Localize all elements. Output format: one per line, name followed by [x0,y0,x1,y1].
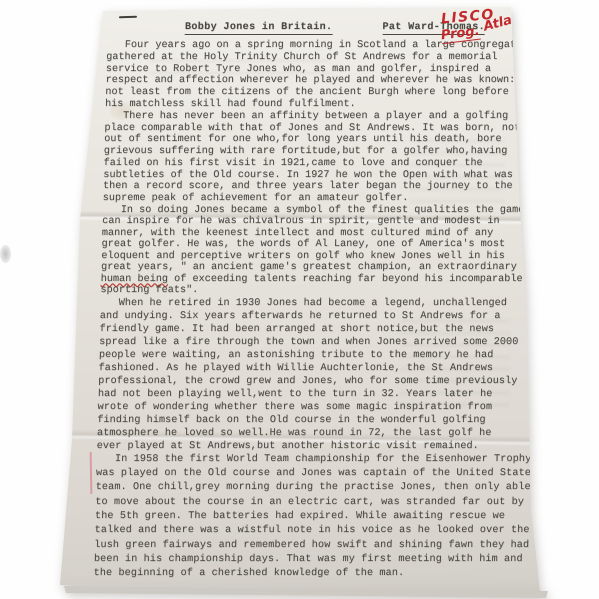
paragraphs-container: Four years ago on a spring morning in Sc… [93,40,550,581]
text-line: great golfer. He was, the words of Al La… [101,239,545,251]
pen-dash-mark [119,16,137,19]
text-line: friendly game. It had been arranged at s… [99,323,543,336]
text-line: human being of exceeding talents reachin… [101,274,545,286]
text-line: wrote of wondering whether there was som… [97,401,541,414]
text-line: gathered at the Holy Trinity Church of S… [106,52,550,64]
text-line: finding himself back on the Old course i… [97,414,541,427]
text-line: was played on the Old course and Jones w… [96,467,540,481]
paragraph: In so doing Jones became a symbol of the… [100,205,546,297]
red-wavy-underline: human being [101,274,169,285]
text-line: had not been playing well,went to the tu… [98,388,542,401]
text-line: grievous suffering with rare fortitude,b… [104,146,548,158]
text-line: service to Robert Tyre Jones who, as man… [106,64,550,76]
typewritten-text: Bobby Jones in Britain.Pat Ward-Thomas. … [93,22,551,581]
text-line: In 1958 the first World Team championshi… [96,453,540,467]
text-line: supreme peak of achievement for an amate… [103,193,547,205]
text-line: manner, with the keenest intellect and m… [102,228,546,240]
paragraph: There has never been an affinity between… [103,111,549,205]
text-line: eloquent and perceptive writers on golf … [101,251,545,263]
text-line: the beginning of a cherished knowledge o… [93,567,537,581]
text-line: not least from the citizens of the ancie… [105,87,549,99]
text-line: talked and there was a wistful note in h… [94,524,538,538]
text-line: and undying. Six years afterwards he ret… [100,310,544,323]
text-line: respect and affection wherever he played… [105,75,549,87]
text-line: failed on his first visit in 1921,came t… [103,158,547,170]
text-line: great years, " an ancient game's greates… [101,262,545,274]
text-line: subtleties of the Old course. In 1927 he… [103,170,547,182]
text-line: professional, the crowd grew and Jones, … [98,375,542,388]
text-line: been in his championship days. That was … [94,553,538,567]
paragraph: Four years ago on a spring morning in Sc… [105,40,551,111]
paragraph: When he retired in 1930 Jones had become… [96,297,544,453]
text-line: Four years ago on a spring morning in Sc… [106,40,550,52]
photo-background: Bobby Jones in Britain.Pat Ward-Thomas. … [0,0,599,599]
text-line: fashioned. As he played with Willie Auch… [98,362,542,375]
text-line: team. One chill,grey morning during the … [95,481,539,495]
manuscript-page: Bobby Jones in Britain.Pat Ward-Thomas. … [0,0,599,599]
text-line: can inspire for he was chivalrous in spi… [102,216,546,228]
text-line: people were waiting, an astonishing trib… [99,349,543,362]
text-line: atmosphere he loved so well.He was round… [97,427,541,440]
text-line: spread like a fire through the town and … [99,336,543,349]
text-line: In so doing Jones became a symbol of the… [102,205,546,217]
text-line: There has never been an affinity between… [105,111,549,123]
text-line: the 5th green. The batteries had expired… [95,510,539,524]
text-line: sporting feats". [100,285,544,297]
red-margin-mark [90,452,93,494]
text-line: ever played at St Andrews,but another hi… [96,440,540,453]
photo-smudge [0,245,11,263]
text-line: lush green fairways and remembered how s… [94,539,538,553]
text-line: When he retired in 1930 Jones had become… [100,297,544,310]
text-line: to move about the course in an electric … [95,496,539,510]
handwritten-annotation: '76 [515,33,539,51]
text-line: place comparable with that of Jones and … [104,123,548,135]
text-line: out of sentiment for one who,for long ye… [104,134,548,146]
page-title: Bobby Jones in Britain. [185,22,333,35]
text-line: his matchless skill had found fulfilment… [105,99,549,111]
text-line: then a record score, and three years lat… [103,181,547,193]
paragraph: In 1958 the first World Team championshi… [93,453,540,582]
manuscript-photo: Bobby Jones in Britain.Pat Ward-Thomas. … [0,0,599,599]
